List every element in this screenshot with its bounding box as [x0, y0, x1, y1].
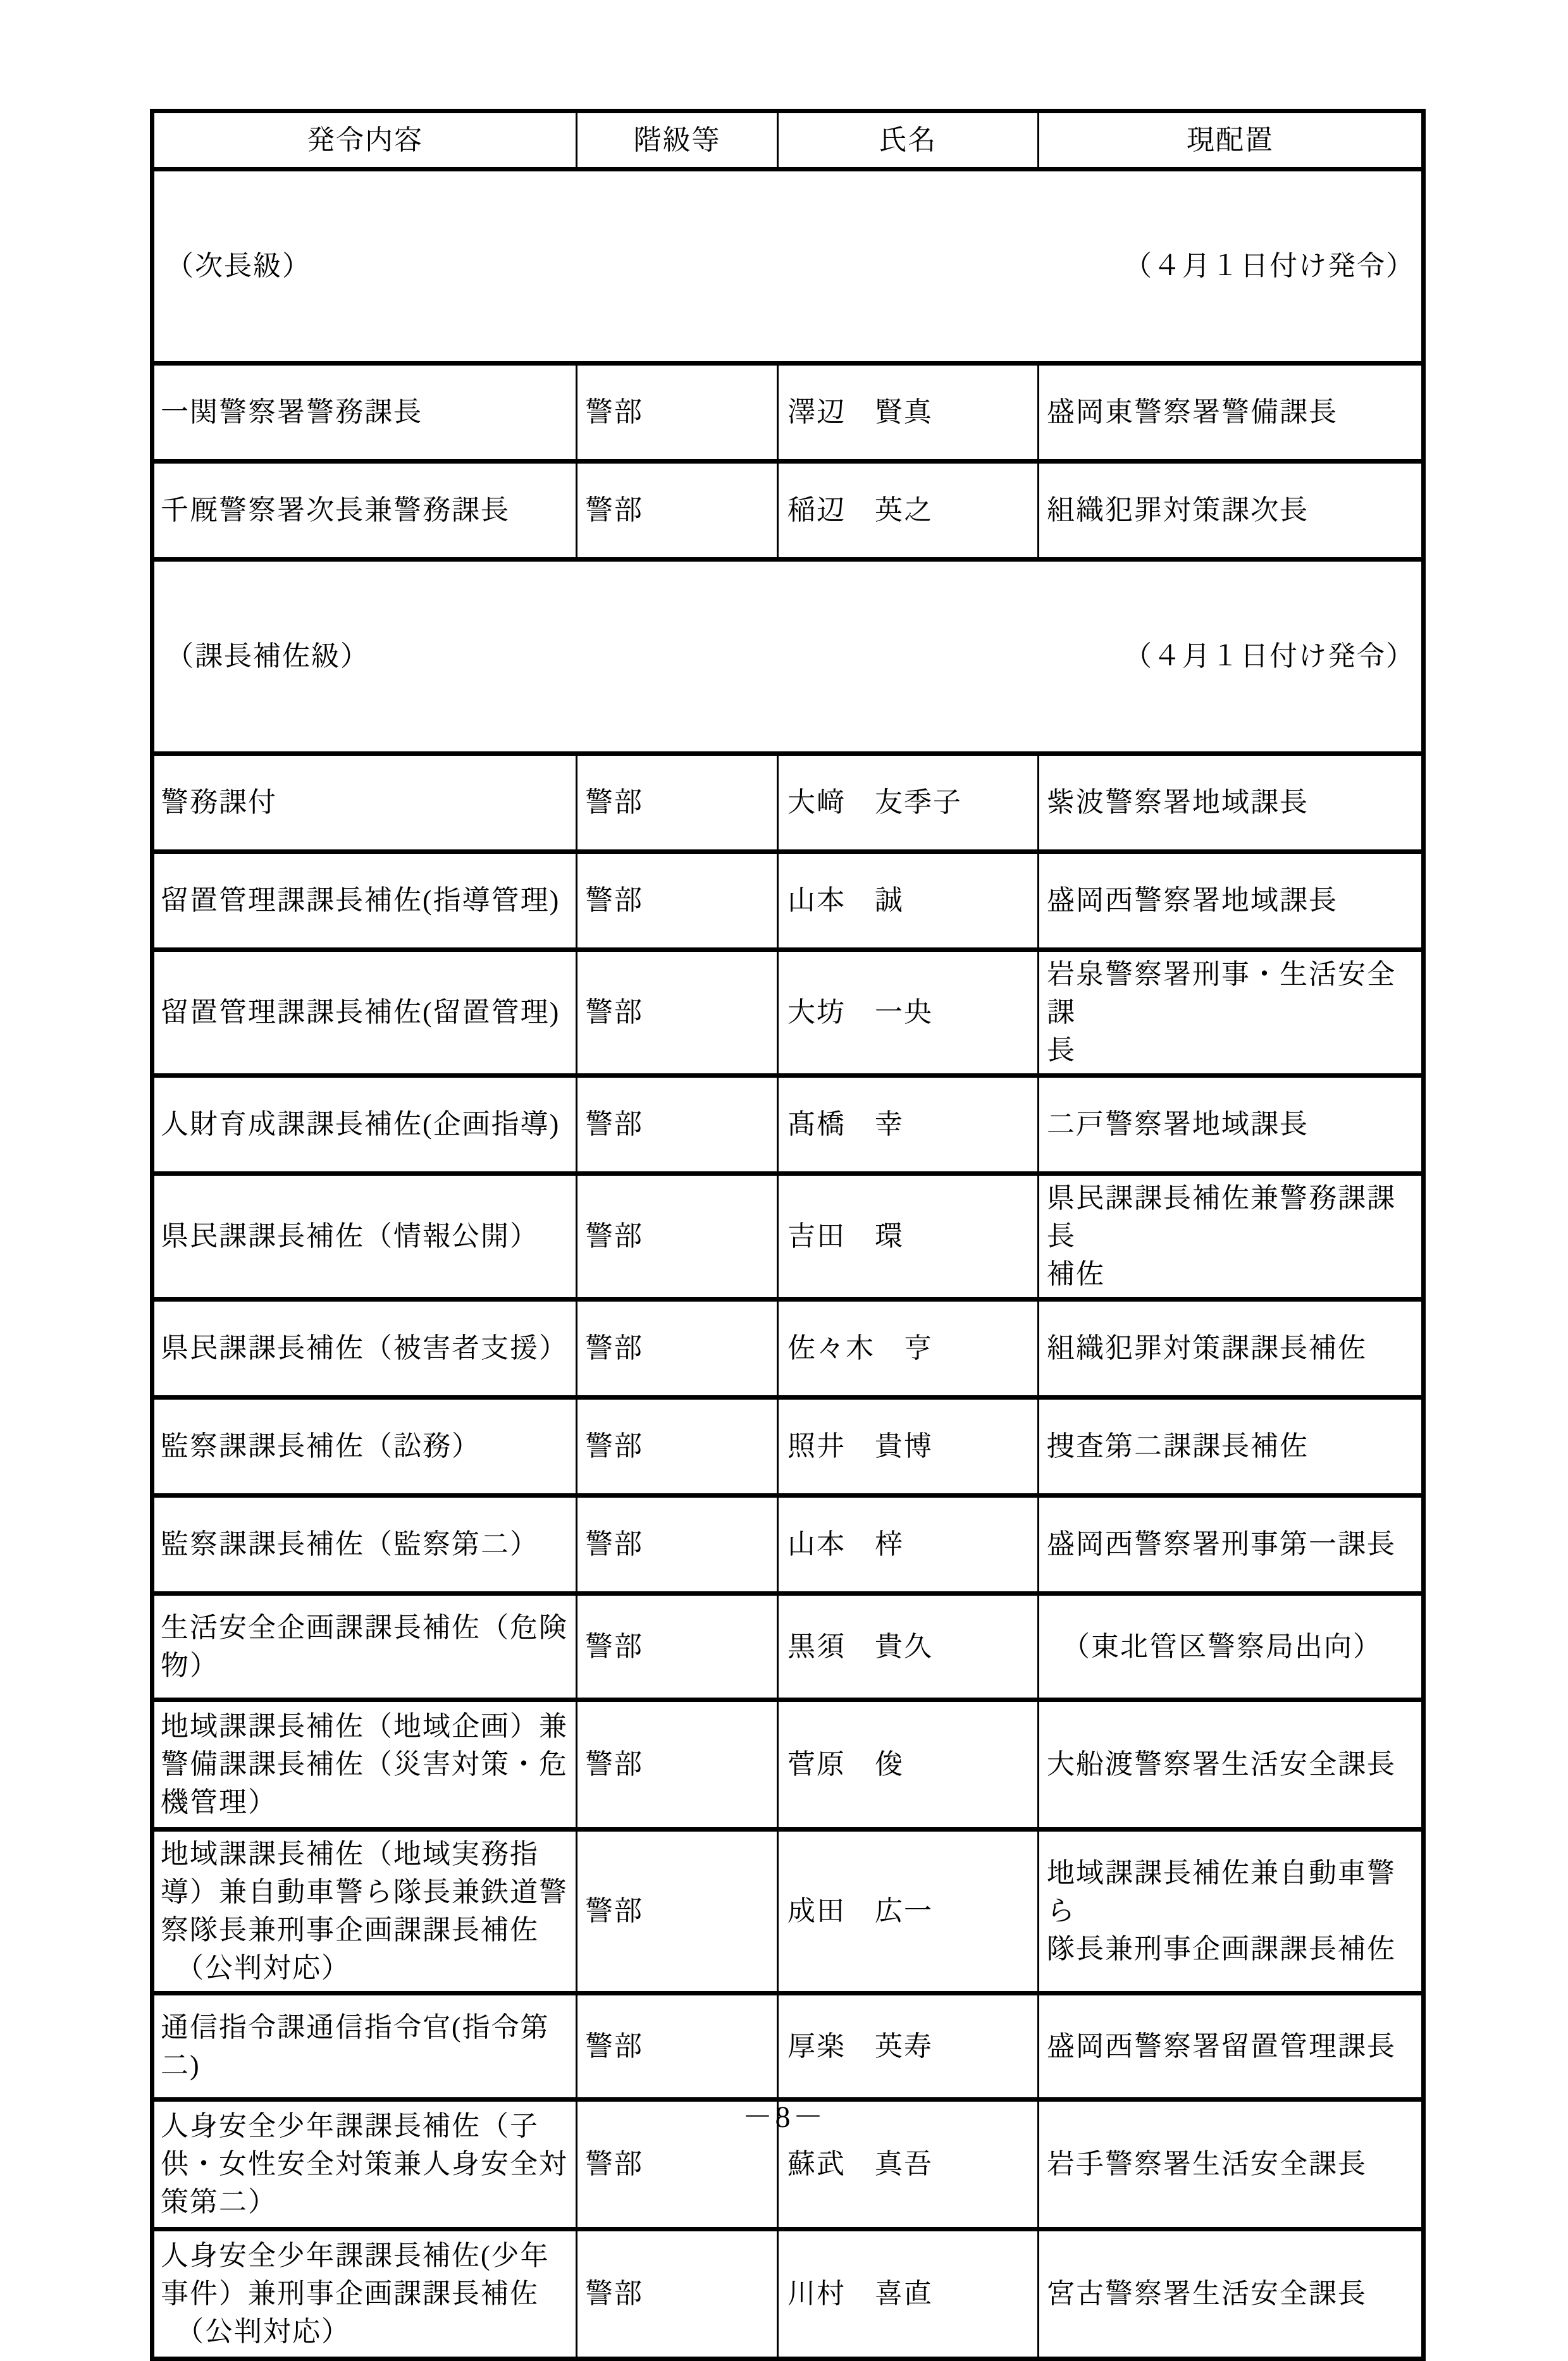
- cell-name: 菅原 俊: [778, 1700, 1039, 1830]
- table-row: 一関警察署警務課長 警部 澤辺 賢真 盛岡東警察署警備課長: [152, 364, 1424, 462]
- cell-current-assignment: 盛岡東警察署警備課長: [1039, 364, 1424, 462]
- table-row: 監察課課長補佐（監察第二） 警部 山本 梓 盛岡西警察署刑事第一課長: [152, 1496, 1424, 1594]
- section-row-assistant-chief: （課長補佐級） （４月１日付け発令）: [152, 560, 1424, 754]
- cell-current-assignment: 宮古警察署生活安全課長: [1039, 2229, 1424, 2359]
- cell-position: 警務課付: [152, 754, 577, 852]
- cell-rank: 警部: [577, 950, 778, 1076]
- table-row: 通信指令課通信指令官(指令第 二) 警部 厚楽 英寿 盛岡西警察署留置管理課長: [152, 1994, 1424, 2100]
- cell-current-assignment: 岩泉警察署刑事・生活安全課 長: [1039, 950, 1424, 1076]
- cell-rank: 警部: [577, 1594, 778, 1700]
- cell-name: 黒須 貴久: [778, 1594, 1039, 1700]
- col-header-name: 氏名: [778, 111, 1039, 170]
- table-row: 県民課課長補佐（情報公開） 警部 吉田 環 県民課課長補佐兼警務課課長 補佐: [152, 1174, 1424, 1300]
- cell-rank: 警部: [577, 754, 778, 852]
- cell-position: 通信指令課通信指令官(指令第 二): [152, 1994, 577, 2100]
- table-row: 留置管理課課長補佐(指導管理) 警部 山本 誠 盛岡西警察署地域課長: [152, 852, 1424, 950]
- cell-position: 生活安全企画課課長補佐（危険 物）: [152, 1594, 577, 1700]
- table-row: 地域課課長補佐（地域企画）兼 警備課課長補佐（災害対策・危 機管理） 警部 菅原…: [152, 1700, 1424, 1830]
- cell-current-assignment: 大船渡警察署生活安全課長: [1039, 1700, 1424, 1830]
- cell-position: 一関警察署警務課長: [152, 364, 577, 462]
- col-header-current-assignment: 現配置: [1039, 111, 1424, 170]
- table-row: 人身安全少年課課長補佐(少年 事件）兼刑事企画課課長補佐 （公判対応） 警部 川…: [152, 2229, 1424, 2359]
- cell-position: 人身安全少年課課長補佐(少年 事件）兼刑事企画課課長補佐 （公判対応）: [152, 2229, 577, 2359]
- cell-rank: 警部: [577, 364, 778, 462]
- cell-rank: 警部: [577, 1700, 778, 1830]
- cell-name: 照井 貴博: [778, 1398, 1039, 1496]
- cell-current-assignment: 組織犯罪対策課次長: [1039, 462, 1424, 560]
- cell-rank: 警部: [577, 852, 778, 950]
- cell-position: 留置管理課課長補佐(留置管理): [152, 950, 577, 1076]
- cell-position: 県民課課長補佐（情報公開）: [152, 1174, 577, 1300]
- section-label: （次長級）: [154, 247, 311, 285]
- cell-current-assignment: 地域課課長補佐兼自動車警ら 隊長兼刑事企画課課長補佐: [1039, 1830, 1424, 1994]
- col-header-announcement: 発令内容: [152, 111, 577, 170]
- cell-name: 澤辺 賢真: [778, 364, 1039, 462]
- cell-rank: 警部: [577, 1496, 778, 1594]
- table-row: 地域課課長補佐（地域実務指 導）兼自動車警ら隊長兼鉄道警 察隊長兼刑事企画課課長…: [152, 1830, 1424, 1994]
- cell-current-assignment: 盛岡西警察署刑事第一課長: [1039, 1496, 1424, 1594]
- table-row: 県民課課長補佐（被害者支援） 警部 佐々木 亨 組織犯罪対策課課長補佐: [152, 1300, 1424, 1398]
- cell-current-assignment: （東北管区警察局出向）: [1039, 1594, 1424, 1700]
- cell-position: 県民課課長補佐（被害者支援）: [152, 1300, 577, 1398]
- cell-rank: 警部: [577, 1830, 778, 1994]
- cell-current-assignment: 紫波警察署地域課長: [1039, 754, 1424, 852]
- cell-rank: 警部: [577, 1174, 778, 1300]
- cell-current-assignment: 盛岡西警察署地域課長: [1039, 852, 1424, 950]
- section-header: （課長補佐級） （４月１日付け発令）: [154, 638, 1421, 675]
- cell-rank: 警部: [577, 1076, 778, 1174]
- personnel-appointments-table: 発令内容 階級等 氏名 現配置 （次長級） （４月１日付け発令） 一関警察署警務…: [150, 109, 1426, 2361]
- cell-name: 山本 梓: [778, 1496, 1039, 1594]
- section-row-vice-chief: （次長級） （４月１日付け発令）: [152, 170, 1424, 364]
- cell-name: 川村 喜直: [778, 2229, 1039, 2359]
- cell-current-assignment: 二戸警察署地域課長: [1039, 1076, 1424, 1174]
- cell-rank: 警部: [577, 1994, 778, 2100]
- cell-name: 山本 誠: [778, 852, 1039, 950]
- cell-name: 成田 広一: [778, 1830, 1039, 1994]
- cell-position: 地域課課長補佐（地域実務指 導）兼自動車警ら隊長兼鉄道警 察隊長兼刑事企画課課長…: [152, 1830, 577, 1994]
- cell-rank: 警部: [577, 1300, 778, 1398]
- cell-current-assignment: 組織犯罪対策課課長補佐: [1039, 1300, 1424, 1398]
- cell-name: 髙橋 幸: [778, 1076, 1039, 1174]
- section-date-note: （４月１日付け発令）: [1124, 247, 1421, 285]
- cell-position: 監察課課長補佐（訟務）: [152, 1398, 577, 1496]
- cell-current-assignment: 県民課課長補佐兼警務課課長 補佐: [1039, 1174, 1424, 1300]
- cell-name: 大﨑 友季子: [778, 754, 1039, 852]
- cell-rank: 警部: [577, 462, 778, 560]
- cell-position: 千厩警察署次長兼警務課長: [152, 462, 577, 560]
- cell-name: 佐々木 亨: [778, 1300, 1039, 1398]
- table-row: 生活安全企画課課長補佐（危険 物） 警部 黒須 貴久 （東北管区警察局出向）: [152, 1594, 1424, 1700]
- col-header-rank: 階級等: [577, 111, 778, 170]
- cell-rank: 警部: [577, 2229, 778, 2359]
- cell-position: 監察課課長補佐（監察第二）: [152, 1496, 577, 1594]
- cell-current-assignment: 捜査第二課課長補佐: [1039, 1398, 1424, 1496]
- table-header-row: 発令内容 階級等 氏名 現配置: [152, 111, 1424, 170]
- cell-name: 厚楽 英寿: [778, 1994, 1039, 2100]
- cell-current-assignment: 盛岡西警察署留置管理課長: [1039, 1994, 1424, 2100]
- section-label: （課長補佐級）: [154, 638, 369, 675]
- table-row: 警務課付 警部 大﨑 友季子 紫波警察署地域課長: [152, 754, 1424, 852]
- section-date-note: （４月１日付け発令）: [1124, 638, 1421, 675]
- cell-position: 留置管理課課長補佐(指導管理): [152, 852, 577, 950]
- cell-name: 吉田 環: [778, 1174, 1039, 1300]
- cell-position: 地域課課長補佐（地域企画）兼 警備課課長補佐（災害対策・危 機管理）: [152, 1700, 577, 1830]
- page-number: －8－: [0, 2092, 1568, 2136]
- table-row: 監察課課長補佐（訟務） 警部 照井 貴博 捜査第二課課長補佐: [152, 1398, 1424, 1496]
- table-row: 千厩警察署次長兼警務課長 警部 稲辺 英之 組織犯罪対策課次長: [152, 462, 1424, 560]
- cell-name: 大坊 一央: [778, 950, 1039, 1076]
- section-header: （次長級） （４月１日付け発令）: [154, 247, 1421, 285]
- cell-rank: 警部: [577, 1398, 778, 1496]
- cell-position: 人財育成課課長補佐(企画指導): [152, 1076, 577, 1174]
- cell-name: 稲辺 英之: [778, 462, 1039, 560]
- table-row: 留置管理課課長補佐(留置管理) 警部 大坊 一央 岩泉警察署刑事・生活安全課 長: [152, 950, 1424, 1076]
- table-row: 人財育成課課長補佐(企画指導) 警部 髙橋 幸 二戸警察署地域課長: [152, 1076, 1424, 1174]
